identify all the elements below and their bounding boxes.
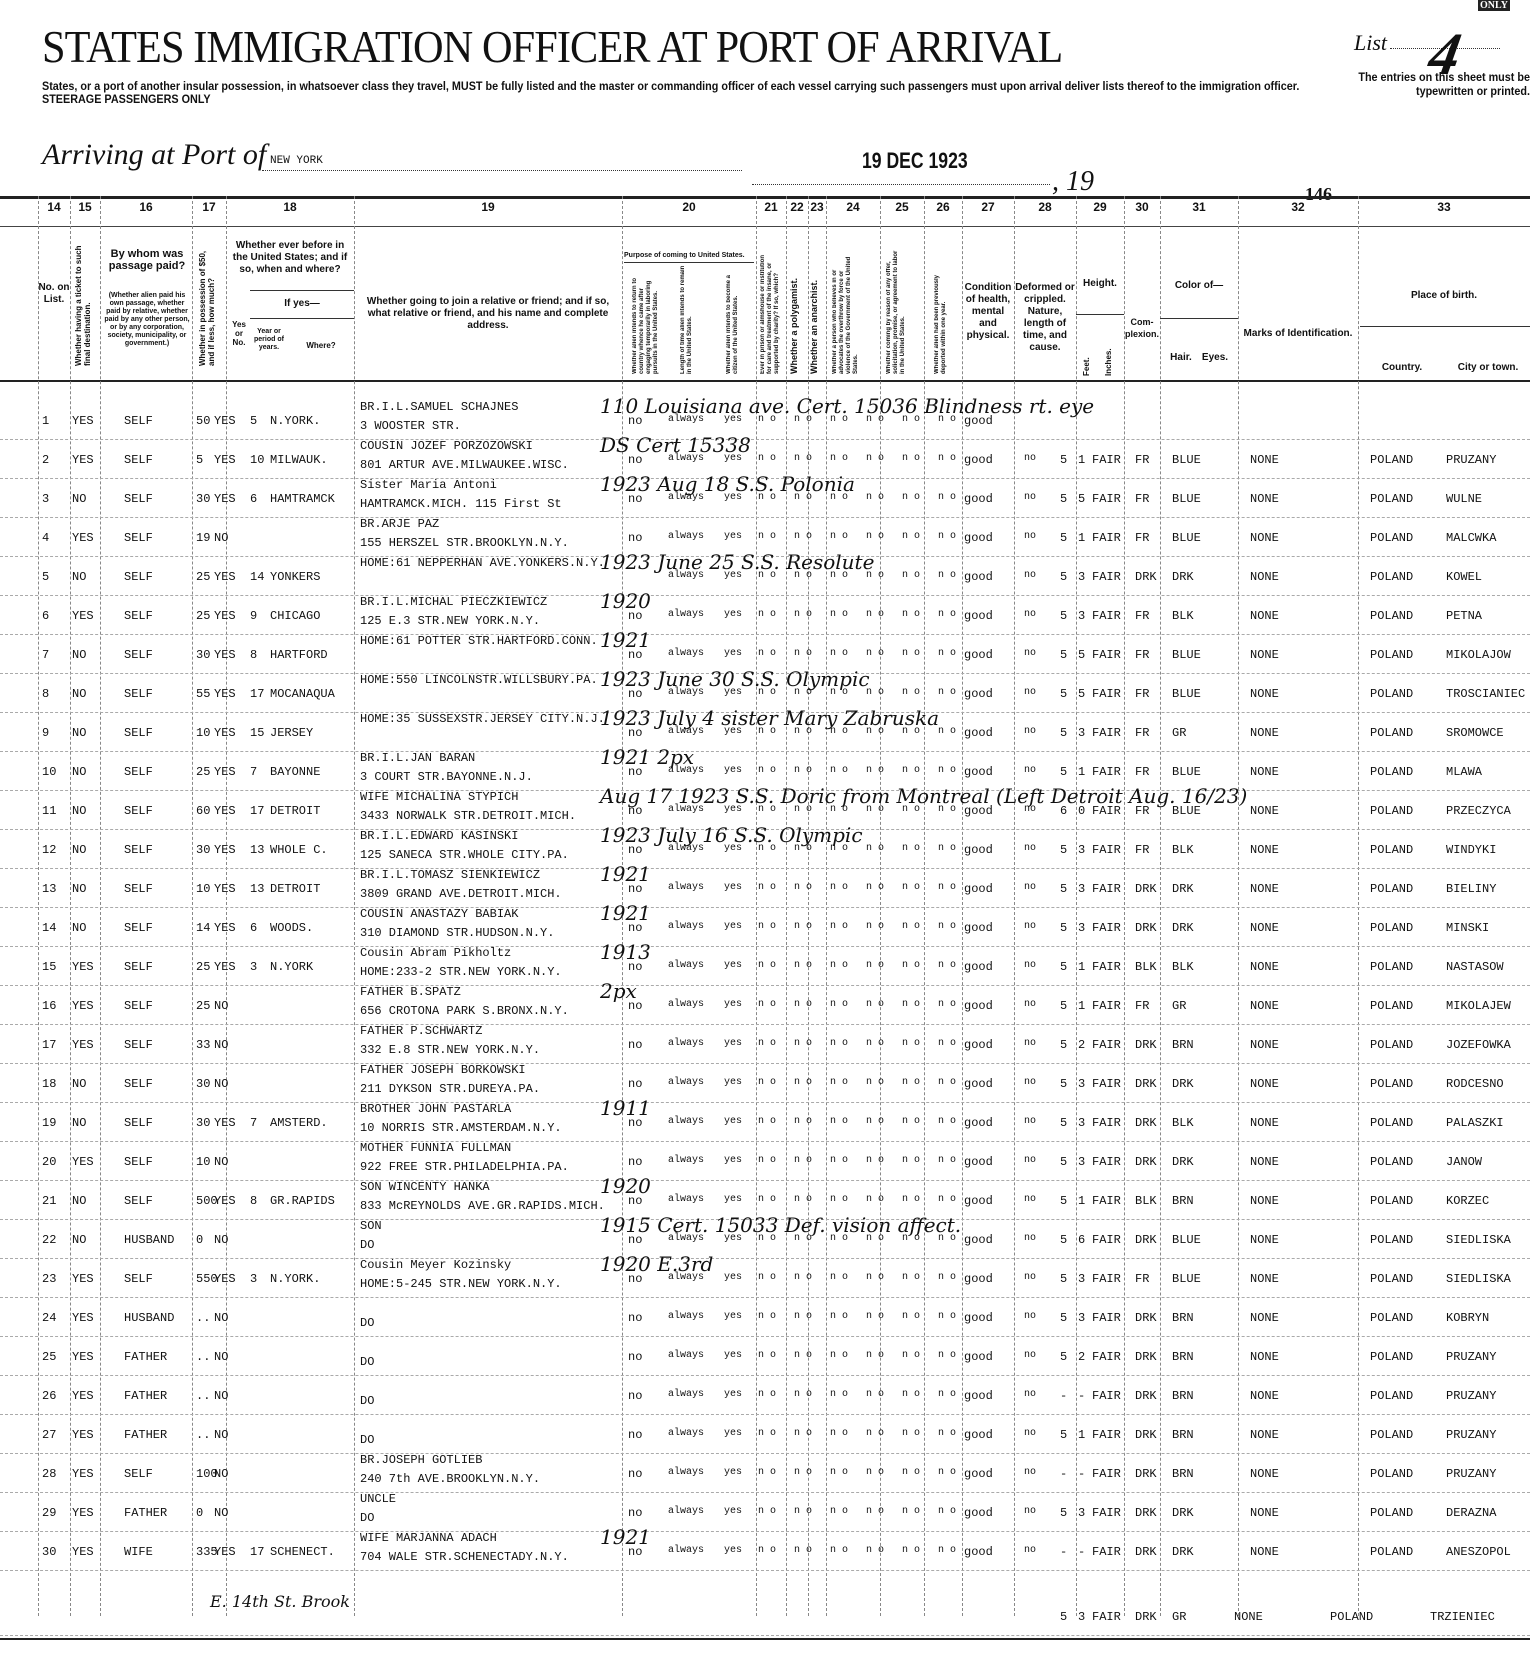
relative-name: HOME:35 SUSSEXSTR.JERSEY CITY.N.J. — [360, 712, 605, 726]
paid-by: FATHER — [124, 1350, 167, 1364]
relative-name: UNCLE — [360, 1492, 396, 1506]
list-number: 4 — [42, 531, 49, 545]
return-intent: no — [628, 1428, 642, 1442]
ever-before: YES — [214, 453, 236, 467]
height-inches: 3 — [1078, 1077, 1085, 1091]
complexion: FAIR — [1092, 1350, 1121, 1364]
ever-before: NO — [214, 1350, 228, 1364]
paid-by: FATHER — [124, 1506, 167, 1520]
ticket-status: NO — [72, 1233, 86, 1247]
col-number-24: 24 — [826, 200, 880, 214]
birth-city: KORZEC — [1446, 1194, 1489, 1208]
money: .. — [196, 1311, 210, 1325]
list-number: 7 — [42, 648, 49, 662]
length-of-stay: always — [668, 1116, 704, 1127]
money: .. — [196, 1428, 210, 1442]
paid-by: WIFE — [124, 1545, 153, 1559]
paid-by: SELF — [124, 1038, 153, 1052]
eye-color: GR — [1172, 999, 1186, 1013]
header-divider — [250, 318, 354, 319]
marks: NONE — [1250, 1506, 1279, 1520]
deformed: no — [1024, 765, 1036, 776]
complexion: FAIR — [1092, 765, 1121, 779]
birth-city: MALCWKA — [1446, 531, 1496, 545]
birth-country: POLAND — [1370, 1233, 1413, 1247]
marks: NONE — [1250, 453, 1279, 467]
birth-city: PALASZKI — [1446, 1116, 1504, 1130]
birth-city: PRUZANY — [1446, 1350, 1496, 1364]
marks: NONE — [1250, 1116, 1279, 1130]
marks: NONE — [1250, 1389, 1279, 1403]
col-number-25: 25 — [880, 200, 924, 214]
birth-country: POLAND — [1370, 1272, 1413, 1286]
questions-21-26: no no no no no no — [758, 609, 962, 620]
where: WHOLE C. — [270, 843, 328, 857]
deformed: no — [1024, 1077, 1036, 1088]
citizen-intent: yes — [724, 1077, 742, 1088]
handwritten-note: 1923 July 16 S.S. Olympic — [600, 823, 863, 847]
hair-color: DRK — [1135, 570, 1157, 584]
header-if-yes: If yes— — [250, 298, 354, 310]
list-number: 12 — [42, 843, 56, 857]
citizen-intent: yes — [724, 1155, 742, 1166]
complexion: FAIR — [1092, 453, 1121, 467]
eye-color: BLUE — [1172, 531, 1201, 545]
relative-address: 801 ARTUR AVE.MILWAUKEE.WISC. — [360, 458, 569, 472]
relative-name: HOME:61 NEPPERHAN AVE.YONKERS.N.Y. — [360, 556, 605, 570]
deformed: no — [1024, 1467, 1036, 1478]
marks: NONE — [1250, 843, 1279, 857]
eye-color: BLK — [1172, 960, 1194, 974]
return-intent: no — [628, 1311, 642, 1325]
length-of-stay: always — [668, 960, 704, 971]
table-row: 14NOSELF14YES6WOODS.COUSIN ANASTAZY BABI… — [0, 907, 1530, 947]
where: N.YORK. — [270, 414, 320, 428]
height-inches: 1 — [1078, 765, 1085, 779]
birth-city: PRUZANY — [1446, 1389, 1496, 1403]
height-feet: 5 — [1060, 843, 1067, 857]
health: good — [964, 1272, 993, 1286]
money: 0 — [196, 1506, 203, 1520]
return-intent: no — [628, 1155, 642, 1169]
birth-country: POLAND — [1370, 1077, 1413, 1091]
ticket-status: NO — [72, 843, 86, 857]
eye-color: DRK — [1172, 882, 1194, 896]
list-number: 18 — [42, 1077, 56, 1091]
relative-address: 3 COURT STR.BAYONNE.N.J. — [360, 770, 533, 784]
deformed: no — [1024, 492, 1036, 503]
table-row: 25YESFATHER..NODOnoalwaysyesno no no no … — [0, 1336, 1530, 1376]
health: good — [964, 882, 993, 896]
relative-name: BR.I.L.EDWARD KASINSKI — [360, 829, 518, 843]
list-number: 19 — [42, 1116, 56, 1130]
height-feet: - — [1060, 1545, 1067, 1559]
paid-by: HUSBAND — [124, 1233, 174, 1247]
years: 7 — [250, 1116, 257, 1130]
birth-country: POLAND — [1370, 1116, 1413, 1130]
return-intent: no — [628, 1077, 642, 1091]
col-number-29: 29 — [1076, 200, 1124, 214]
citizen-intent: yes — [724, 1506, 742, 1517]
marks: NONE — [1250, 570, 1279, 584]
list-number: 9 — [42, 726, 49, 740]
length-of-stay: always — [668, 1389, 704, 1400]
height-feet: - — [1060, 1389, 1067, 1403]
birth-city: SIEDLISKA — [1446, 1272, 1511, 1286]
ticket-status: YES — [72, 1428, 94, 1442]
ticket-status: YES — [72, 609, 94, 623]
table-row: 3NOSELF30YES6HAMTRAMCKSister Maria Anton… — [0, 478, 1530, 518]
health: good — [964, 609, 993, 623]
money: 0 — [196, 1233, 203, 1247]
relative-address: DO — [360, 1355, 374, 1369]
citizen-intent: yes — [724, 1467, 742, 1478]
height-inches: 1 — [1078, 960, 1085, 974]
ticket-status: YES — [72, 1311, 94, 1325]
eye-color: BLUE — [1172, 453, 1201, 467]
height-inches: 3 — [1078, 882, 1085, 896]
height-inches: 3 — [1078, 1116, 1085, 1130]
marks: NONE — [1250, 882, 1279, 896]
relative-name: BR.I.L.SAMUEL SCHAJNES — [360, 400, 518, 414]
return-intent: no — [628, 1350, 642, 1364]
ticket-status: NO — [72, 765, 86, 779]
list-number: 24 — [42, 1311, 56, 1325]
birth-city: ANESZOPOL — [1446, 1545, 1511, 1559]
height-inches: 3 — [1078, 1272, 1085, 1286]
deformed: no — [1024, 648, 1036, 659]
citizen-intent: yes — [724, 1389, 742, 1400]
health: good — [964, 1116, 993, 1130]
health: good — [964, 1467, 993, 1481]
birth-country: POLAND — [1370, 921, 1413, 935]
citizen-intent: yes — [724, 1194, 742, 1205]
ticket-status: YES — [72, 1467, 94, 1481]
handwritten-note: 1911 — [600, 1096, 651, 1120]
hair-color: BLK — [1135, 1194, 1157, 1208]
paid-by: SELF — [124, 570, 153, 584]
list-number: 21 — [42, 1194, 56, 1208]
questions-21-26: no no no no no no — [758, 648, 962, 659]
birth-city: TRZIENIEC — [1430, 1610, 1495, 1624]
deformed: no — [1024, 1272, 1036, 1283]
ever-before: YES — [214, 765, 236, 779]
col-number-19: 19 — [354, 200, 622, 214]
ticket-status: NO — [72, 492, 86, 506]
marks: NONE — [1250, 804, 1279, 818]
years: 8 — [250, 648, 257, 662]
relative-name: SON WINCENTY HANKA — [360, 1180, 490, 1194]
paid-by: SELF — [124, 492, 153, 506]
header-list-number: No. on List. — [38, 282, 70, 306]
citizen-intent: yes — [724, 960, 742, 971]
questions-21-26: no no no no no no — [758, 1311, 962, 1322]
deformed: no — [1024, 843, 1036, 854]
length-of-stay: always — [668, 999, 704, 1010]
paid-by: SELF — [124, 414, 153, 428]
height-feet: 5 — [1060, 687, 1067, 701]
height-inches: 3 — [1078, 1506, 1085, 1520]
paid-by: FATHER — [124, 1389, 167, 1403]
ever-before: YES — [214, 921, 236, 935]
header-condition: Condition of health, mental and physical… — [962, 282, 1014, 342]
birth-country: POLAND — [1370, 1155, 1413, 1169]
eye-color: GR — [1172, 1610, 1186, 1624]
height-feet: 5 — [1060, 765, 1067, 779]
header-eyes: Eyes. — [1198, 352, 1232, 364]
height-feet: 5 — [1060, 1077, 1067, 1091]
hair-color: DRK — [1135, 1428, 1157, 1442]
date-field-line — [752, 184, 1050, 185]
money: 10 — [196, 1155, 210, 1169]
health: good — [964, 531, 993, 545]
ever-before: YES — [214, 1545, 236, 1559]
table-row: 27YESFATHER..NODOnoalwaysyesno no no no … — [0, 1414, 1530, 1454]
relative-address: HOME:5-245 STR.NEW YORK.N.Y. — [360, 1277, 562, 1291]
length-of-stay: always — [668, 1506, 704, 1517]
money: 30 — [196, 648, 210, 662]
handwritten-note: 1921 — [600, 1525, 651, 1549]
header-height: Height. — [1076, 278, 1124, 290]
birth-country: POLAND — [1370, 726, 1413, 740]
table-row: 15YESSELF25YES3N.YORKCousin Abram Pikhol… — [0, 946, 1530, 986]
header-prison: Ever in prison or almshouse or instituti… — [760, 250, 782, 374]
ever-before: YES — [214, 1194, 236, 1208]
birth-country: POLAND — [1370, 882, 1413, 896]
complexion: FAIR — [1092, 531, 1121, 545]
where: N.YORK. — [270, 1272, 320, 1286]
relative-address: 922 FREE STR.PHILADELPHIA.PA. — [360, 1160, 569, 1174]
complexion: FAIR — [1092, 999, 1121, 1013]
money: 25 — [196, 570, 210, 584]
height-inches: 1 — [1078, 531, 1085, 545]
list-number: 5 — [42, 570, 49, 584]
ticket-status: YES — [72, 1272, 94, 1286]
questions-21-26: no no no no no no — [758, 453, 962, 464]
complexion: FAIR — [1092, 1077, 1121, 1091]
health: good — [964, 726, 993, 740]
complexion: FAIR — [1092, 1506, 1121, 1520]
birth-city: SROMOWCE — [1446, 726, 1504, 740]
page-title: STATES IMMIGRATION OFFICER AT PORT OF AR… — [42, 20, 1062, 73]
marks: NONE — [1234, 1610, 1263, 1624]
deformed: no — [1024, 1194, 1036, 1205]
health: good — [964, 1311, 993, 1325]
birth-city: MINSKI — [1446, 921, 1489, 935]
header-divider — [1160, 318, 1238, 319]
years: 15 — [250, 726, 264, 740]
complexion: FAIR — [1092, 726, 1121, 740]
col-number-15: 15 — [70, 200, 100, 214]
money: .. — [196, 1350, 210, 1364]
header-joining-relative: Whether going to join a relative or frie… — [360, 296, 616, 332]
header-period: Year or period of years. — [252, 328, 286, 352]
deformed: no — [1024, 609, 1036, 620]
ever-before: YES — [214, 414, 236, 428]
ticket-status: NO — [72, 1194, 86, 1208]
health: good — [964, 1350, 993, 1364]
deformed: no — [1024, 999, 1036, 1010]
trailing-row: 5 3 FAIR DRK GR NONE POLAND TRZIENIEC E.… — [0, 1596, 1530, 1636]
height-feet: 5 — [1060, 1428, 1067, 1442]
header-inches: Inches. — [1104, 340, 1113, 376]
height-feet: - — [1060, 1467, 1067, 1481]
eye-color: BLUE — [1172, 1272, 1201, 1286]
relative-name: COUSIN JOZEF PORZOZOWSKI — [360, 439, 533, 453]
marks: NONE — [1250, 648, 1279, 662]
eye-color: BRN — [1172, 1428, 1194, 1442]
complexion: FAIR — [1092, 1428, 1121, 1442]
ever-before: NO — [214, 1233, 228, 1247]
health: good — [964, 1233, 993, 1247]
list-label: List — [1354, 30, 1387, 56]
questions-21-26: no no no no no no — [758, 882, 962, 893]
paid-by: SELF — [124, 765, 153, 779]
height-feet: 5 — [1060, 882, 1067, 896]
relative-name: FATHER P.SCHWARTZ — [360, 1024, 482, 1038]
complexion: FAIR — [1092, 1545, 1121, 1559]
paid-by: SELF — [124, 804, 153, 818]
handwritten-note: 110 Louisiana ave. Cert. 15036 Blindness… — [600, 394, 1094, 418]
hair-color: BLK — [1135, 960, 1157, 974]
birth-city: PETNA — [1446, 609, 1482, 623]
marks: NONE — [1250, 1545, 1279, 1559]
table-row: 9NOSELF10YES15JERSEYHOME:35 SUSSEXSTR.JE… — [0, 712, 1530, 752]
birth-city: KOWEL — [1446, 570, 1482, 584]
paid-by: SELF — [124, 960, 153, 974]
relative-name: BR.ARJE PAZ — [360, 517, 439, 531]
money: 25 — [196, 765, 210, 779]
ever-before: YES — [214, 1272, 236, 1286]
ever-before: YES — [214, 960, 236, 974]
table-row: 24YESHUSBAND..NODOnoalwaysyesno no no no… — [0, 1297, 1530, 1337]
header-divider — [1360, 326, 1530, 327]
list-number: 11 — [42, 804, 56, 818]
questions-21-26: no no no no no no — [758, 1545, 962, 1556]
where: HAMTRAMCK — [270, 492, 335, 506]
marks: NONE — [1250, 1233, 1279, 1247]
col-number-31: 31 — [1160, 200, 1238, 214]
handwritten-note: 1923 June 25 S.S. Resolute — [600, 550, 874, 574]
table-row: 12NOSELF30YES13WHOLE C.BR.I.L.EDWARD KAS… — [0, 829, 1530, 869]
marks: NONE — [1250, 1311, 1279, 1325]
where: SCHENECT. — [270, 1545, 335, 1559]
height-feet: 5 — [1060, 648, 1067, 662]
header-bottom-rule — [0, 380, 1530, 382]
port-value: NEW YORK — [270, 155, 323, 167]
entries-note: The entries on this sheet must be typewr… — [1350, 70, 1530, 98]
col-number-30: 30 — [1124, 200, 1160, 214]
deformed: no — [1024, 1116, 1036, 1127]
eye-color: DRK — [1172, 921, 1194, 935]
header-where: Where? — [290, 340, 352, 352]
table-row: 17YESSELF33NOFATHER P.SCHWARTZ332 E.8 ST… — [0, 1024, 1530, 1064]
complexion: FAIR — [1092, 1389, 1121, 1403]
where: YONKERS — [270, 570, 320, 584]
relative-name: BROTHER JOHN PASTARLA — [360, 1102, 511, 1116]
ever-before: NO — [214, 531, 228, 545]
height-inches: 1 — [1078, 999, 1085, 1013]
col-number-33: 33 — [1358, 200, 1530, 214]
deformed: no — [1024, 1545, 1036, 1556]
handwritten-note: 1923 July 4 sister Mary Zabruska — [600, 706, 939, 730]
height-feet: 5 — [1060, 531, 1067, 545]
questions-21-26: no no no no no no — [758, 1350, 962, 1361]
header-anarchist: Whether an anarchist. — [810, 250, 819, 374]
citizen-intent: yes — [724, 1116, 742, 1127]
questions-21-26: no no no no no no — [758, 1077, 962, 1088]
hair-color: FR — [1135, 531, 1149, 545]
list-number: 15 — [42, 960, 56, 974]
handwritten-note: E. 14th St. Brook — [210, 1592, 350, 1611]
list-number: 20 — [42, 1155, 56, 1169]
questions-21-26: no no no no no no — [758, 921, 962, 932]
where: BAYONNE — [270, 765, 320, 779]
relative-address: DO — [360, 1433, 374, 1447]
paid-by: SELF — [124, 882, 153, 896]
length-of-stay: always — [668, 1038, 704, 1049]
hair-color: FR — [1135, 609, 1149, 623]
eye-color: DRK — [1172, 1077, 1194, 1091]
hair-color: FR — [1135, 726, 1149, 740]
length-of-stay: always — [668, 648, 704, 659]
handwritten-note: 1920 — [600, 1174, 651, 1198]
money: 30 — [196, 1077, 210, 1091]
height-inches: 3 — [1078, 1311, 1085, 1325]
complexion: FAIR — [1092, 843, 1121, 857]
years: 13 — [250, 843, 264, 857]
paid-by: SELF — [124, 687, 153, 701]
relative-address: 310 DIAMOND STR.HUDSON.N.Y. — [360, 926, 554, 940]
marks: NONE — [1250, 765, 1279, 779]
header-citizen-intent: Whether alien intends to become a citize… — [726, 264, 740, 374]
handwritten-note: Aug 17 1923 S.S. Doric from Montreal (Le… — [600, 784, 1247, 808]
list-number: 17 — [42, 1038, 56, 1052]
health: good — [964, 570, 993, 584]
ever-before: YES — [214, 492, 236, 506]
header-polygamist: Whether a polygamist. — [790, 250, 799, 374]
list-number: 13 — [42, 882, 56, 896]
header-ticket: Whether having a ticket to such final de… — [74, 236, 92, 366]
citizen-intent: yes — [724, 999, 742, 1010]
health: good — [964, 1389, 993, 1403]
eye-color: BRN — [1172, 1467, 1194, 1481]
col-number-32: 32 — [1238, 200, 1358, 214]
ticket-status: NO — [72, 570, 86, 584]
birth-country: POLAND — [1370, 648, 1413, 662]
list-number: 3 — [42, 492, 49, 506]
relative-name: Cousin Abram Pikholtz — [360, 946, 511, 960]
money: 25 — [196, 999, 210, 1013]
years: 17 — [250, 1545, 264, 1559]
marks: NONE — [1250, 1194, 1279, 1208]
table-row: 29YESFATHER0NOUNCLEDOnoalwaysyesno no no… — [0, 1492, 1530, 1532]
col-number-22: 22 — [786, 200, 808, 214]
date-stamp: 19 DEC 1923 — [862, 148, 968, 174]
ever-before: NO — [214, 1077, 228, 1091]
header-marks: Marks of Identification. — [1238, 328, 1358, 340]
complexion: FAIR — [1092, 1155, 1121, 1169]
header-deformed: Deformed or crippled. Nature, length of … — [1014, 282, 1076, 354]
health: good — [964, 687, 993, 701]
height-inches: - — [1078, 1467, 1085, 1481]
header-country: Country. — [1374, 362, 1430, 374]
eye-color: BLK — [1172, 609, 1194, 623]
height-inches: 3 — [1078, 726, 1085, 740]
marks: NONE — [1250, 531, 1279, 545]
complexion: FAIR — [1092, 570, 1121, 584]
height-inches: 3 — [1078, 1155, 1085, 1169]
